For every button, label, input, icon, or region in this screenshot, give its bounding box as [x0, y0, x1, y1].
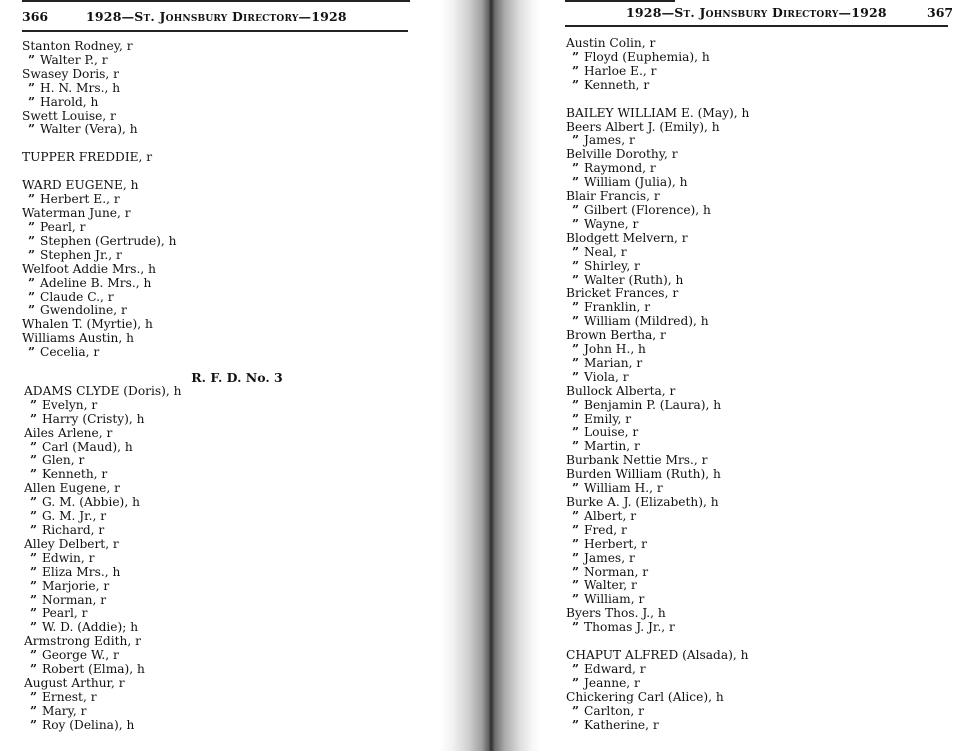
directory-entry: Ailes Arlene, r	[24, 427, 302, 441]
sub-entry: Harry (Cristy), h	[24, 413, 302, 427]
sub-entry: Franklin, r	[566, 301, 749, 315]
sub-entry: Walter, r	[566, 579, 749, 593]
sub-entry: Martin, r	[566, 440, 749, 454]
sub-entry: Eliza Mrs., h	[24, 566, 302, 580]
directory-entry: Welfoot Addie Mrs., h	[22, 263, 302, 277]
sub-entry: W. D. (Addie); h	[24, 621, 302, 635]
sub-entry: Fred, r	[566, 524, 749, 538]
directory-entry: Alley Delbert, r	[24, 538, 302, 552]
directory-entry: TUPPER FREDDIE, r	[22, 151, 302, 165]
sub-entry: William H., r	[566, 482, 749, 496]
sub-entry: Raymond, r	[566, 162, 749, 176]
directory-entry: BAILEY WILLIAM E. (May), h	[566, 107, 749, 121]
sub-entry: Walter (Vera), h	[22, 123, 302, 137]
sub-entry: George W., r	[24, 649, 302, 663]
directory-entry: Belville Dorothy, r	[566, 148, 749, 162]
book-gutter-shadow	[440, 0, 540, 751]
rfd-entry-list: ADAMS CLYDE (Doris), hEvelyn, rHarry (Cr…	[22, 385, 302, 733]
sub-entry: Claude C., r	[22, 291, 302, 305]
entry-list: Stanton Rodney, rWalter P., rSwasey Dori…	[22, 40, 302, 733]
directory-entry: Williams Austin, h	[22, 332, 302, 346]
sub-entry: Neal, r	[566, 246, 749, 260]
sub-entry: Edwin, r	[24, 552, 302, 566]
entry-list: Austin Colin, rFloyd (Euphemia), hHarloe…	[566, 37, 749, 733]
sub-entry: Pearl, r	[22, 221, 302, 235]
sub-entry: Roy (Delina), h	[24, 719, 302, 733]
sub-entry: Kenneth, r	[24, 468, 302, 482]
directory-entry: Stanton Rodney, r	[22, 40, 302, 54]
directory-entry: Bullock Alberta, r	[566, 385, 749, 399]
directory-entry: CHAPUT ALFRED (Alsada), h	[566, 649, 749, 663]
sub-entry: Gwendoline, r	[22, 304, 302, 318]
sub-entry: G. M. (Abbie), h	[24, 496, 302, 510]
left-page: 366 1928—St. Johnsbury Directory—1928 St…	[0, 0, 440, 751]
sub-entry: Richard, r	[24, 524, 302, 538]
sub-entry: Evelyn, r	[24, 399, 302, 413]
sub-entry: Ernest, r	[24, 691, 302, 705]
sub-entry: Walter (Ruth), h	[566, 274, 749, 288]
sub-entry: William, r	[566, 593, 749, 607]
directory-entry: Burden William (Ruth), h	[566, 468, 749, 482]
sub-entry: Carl (Maud), h	[24, 441, 302, 455]
sub-entry: John H., h	[566, 343, 749, 357]
sub-entry: Harold, h	[22, 96, 302, 110]
directory-entry: Waterman June, r	[22, 207, 302, 221]
top-rule	[565, 0, 675, 2]
directory-entry: Blair Francis, r	[566, 190, 749, 204]
sub-entry: Glen, r	[24, 454, 302, 468]
sub-entry: Adeline B. Mrs., h	[22, 277, 302, 291]
header-title: Johnsbury Directory	[700, 5, 839, 20]
sub-entry: Benjamin P. (Laura), h	[566, 399, 749, 413]
sub-entry: Stephen Jr., r	[22, 249, 302, 263]
header-year-right: 1928	[311, 9, 347, 24]
sub-entry: Floyd (Euphemia), h	[566, 51, 749, 65]
sub-entry: H. N. Mrs., h	[22, 82, 302, 96]
sub-entry: Edward, r	[566, 663, 749, 677]
sub-entry: Albert, r	[566, 510, 749, 524]
directory-entry: ADAMS CLYDE (Doris), h	[24, 385, 302, 399]
directory-entry: Burke A. J. (Elizabeth), h	[566, 496, 749, 510]
sub-entry: Louise, r	[566, 426, 749, 440]
sub-entry: Marian, r	[566, 357, 749, 371]
directory-entry: Byers Thos. J., h	[566, 607, 749, 621]
sub-entry: Harloe E., r	[566, 65, 749, 79]
header-title: Johnsbury Directory	[160, 9, 299, 24]
sub-entry: Viola, r	[566, 371, 749, 385]
sub-entry: Shirley, r	[566, 260, 749, 274]
header-year-left: 1928	[626, 5, 662, 20]
sub-entry: Herbert, r	[566, 538, 749, 552]
sub-entry: Gilbert (Florence), h	[566, 204, 749, 218]
sub-entry: G. M. Jr., r	[24, 510, 302, 524]
sub-entry: Thomas J. Jr., r	[566, 621, 749, 635]
page-number: 367	[927, 5, 953, 20]
directory-entry: Brown Bertha, r	[566, 329, 749, 343]
sub-entry: James, r	[566, 552, 749, 566]
sub-entry: Katherine, r	[566, 719, 749, 733]
sub-entry: Mary, r	[24, 705, 302, 719]
sub-entry: Norman, r	[566, 566, 749, 580]
directory-entry: Burbank Nettie Mrs., r	[566, 454, 749, 468]
sub-entry: Pearl, r	[24, 607, 302, 621]
sub-entry: James, r	[566, 134, 749, 148]
sub-entry: Herbert E., r	[22, 193, 302, 207]
directory-entry: Swasey Doris, r	[22, 68, 302, 82]
header-st: St.	[674, 5, 695, 20]
sub-entry: Emily, r	[566, 413, 749, 427]
directory-entry: WARD EUGENE, h	[22, 179, 302, 193]
directory-entry: Swett Louise, r	[22, 110, 302, 124]
sub-entry: Walter P., r	[22, 54, 302, 68]
sub-entry: Stephen (Gertrude), h	[22, 235, 302, 249]
running-header: 1928—St. Johnsbury Directory—1928	[86, 9, 347, 24]
directory-entry: Blodgett Melvern, r	[566, 232, 749, 246]
sub-entry: Jeanne, r	[566, 677, 749, 691]
directory-entry: Whalen T. (Myrtie), h	[22, 318, 302, 332]
sub-entry: Kenneth, r	[566, 79, 749, 93]
header-year-right: 1928	[851, 5, 887, 20]
sub-entry: Carlton, r	[566, 705, 749, 719]
sub-entry: Cecelia, r	[22, 346, 302, 360]
page-number: 366	[22, 9, 48, 24]
sub-entry: William (Mildred), h	[566, 315, 749, 329]
right-page: 1928—St. Johnsbury Directory—1928 367 Au…	[540, 0, 953, 751]
directory-entry: August Arthur, r	[24, 677, 302, 691]
sub-entry: William (Julia), h	[566, 176, 749, 190]
directory-entry: Austin Colin, r	[566, 37, 749, 51]
header-st: St.	[134, 9, 155, 24]
directory-entry: Chickering Carl (Alice), h	[566, 691, 749, 705]
directory-entry: Allen Eugene, r	[24, 482, 302, 496]
directory-entry: Armstrong Edith, r	[24, 635, 302, 649]
header-year-left: 1928	[86, 9, 122, 24]
directory-entry: Bricket Frances, r	[566, 287, 749, 301]
top-rule	[22, 0, 410, 2]
sub-entry: Norman, r	[24, 594, 302, 608]
directory-entry: Beers Albert J. (Emily), h	[566, 121, 749, 135]
header-rule	[565, 25, 948, 27]
sub-entry: Wayne, r	[566, 218, 749, 232]
running-header: 1928—St. Johnsbury Directory—1928	[626, 5, 887, 20]
header-rule	[22, 30, 408, 32]
sub-entry: Robert (Elma), h	[24, 663, 302, 677]
sub-entry: Marjorie, r	[24, 580, 302, 594]
section-title-rfd: R. F. D. No. 3	[172, 371, 302, 385]
